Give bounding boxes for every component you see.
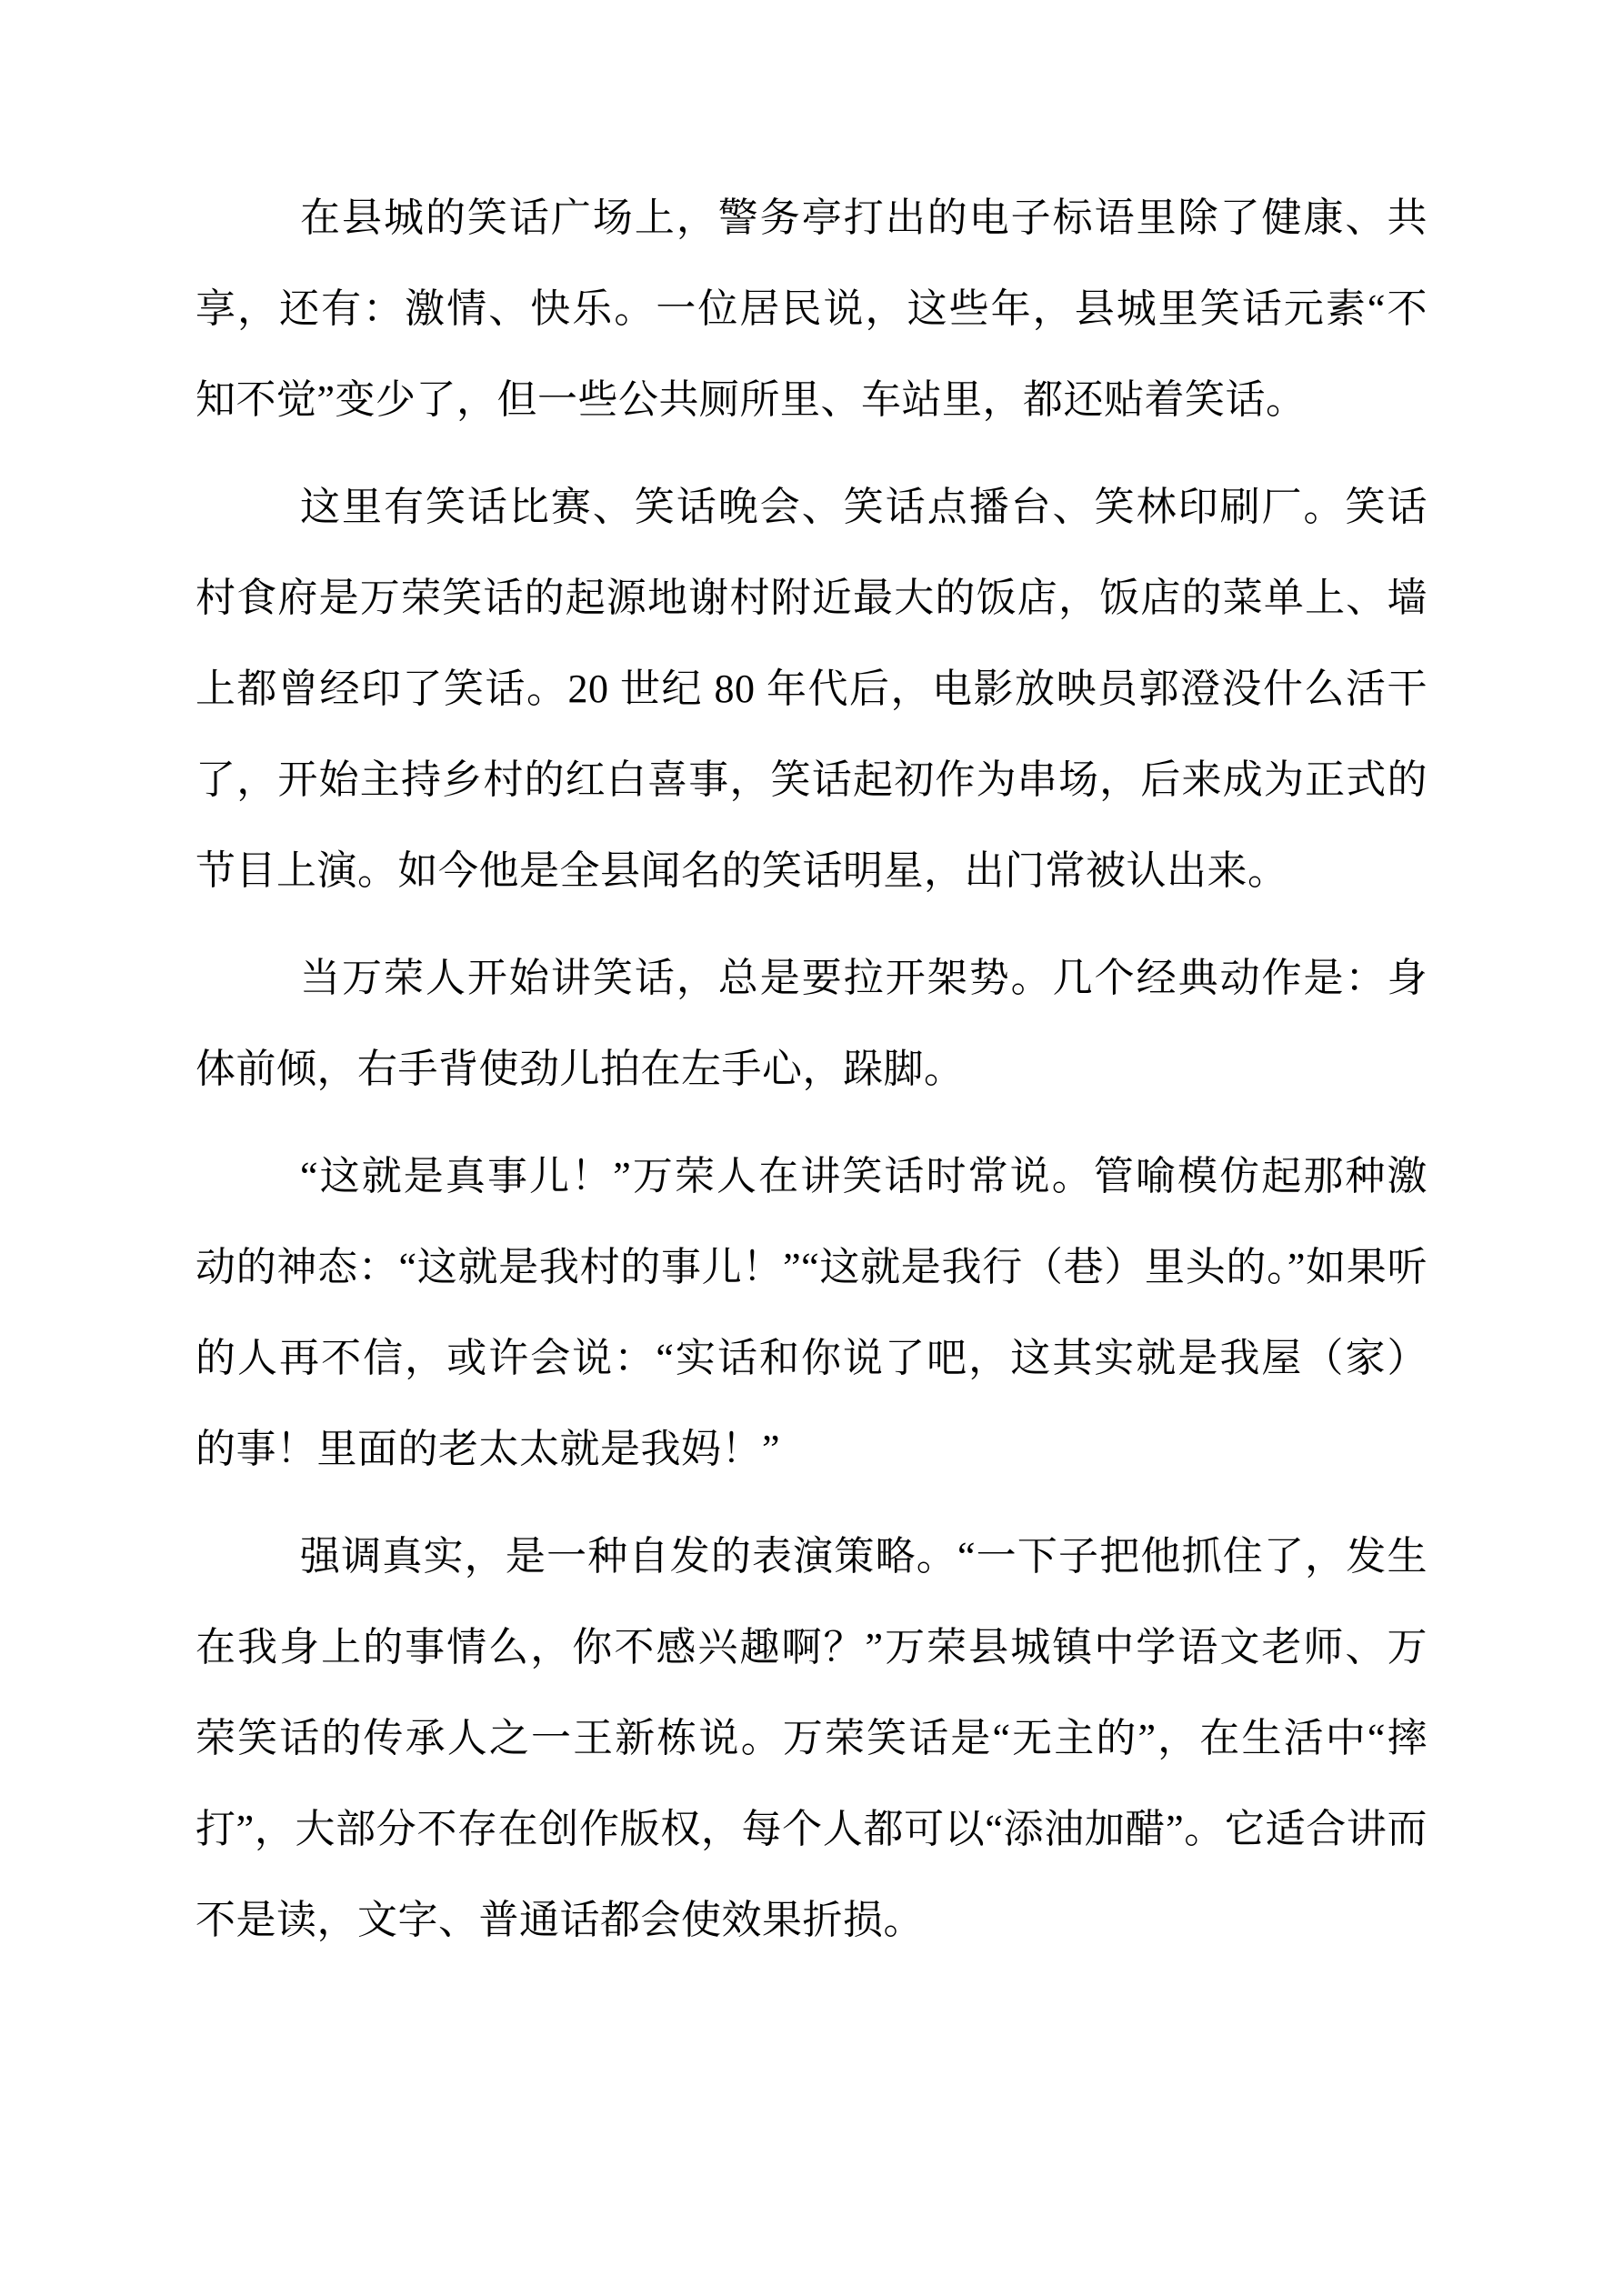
paragraph-2: 这里有笑话比赛、笑话晚会、笑话点播台、笑林印刷厂。笑话村食府是万荣笑话的起源地谢… <box>195 462 1428 917</box>
paragraph-5: 强调真实，是一种自发的表演策略。“一下子把他抓住了，发生在我身上的事情么，你不感… <box>195 1511 1428 1966</box>
document-page: 在县城的笑话广场上，警务亭打出的电子标语里除了健康、共享，还有：激情、快乐。一位… <box>0 0 1623 2296</box>
paragraph-4: “这就是真事儿！”万荣人在讲笑话时常说。管喻模仿起那种激动的神态：“这就是我村的… <box>195 1131 1428 1495</box>
paragraph-3: 当万荣人开始讲笑话，总是要拉开架势。几个经典动作是：身体前倾，右手背使劲儿拍在左… <box>195 933 1428 1115</box>
paragraph-1: 在县城的笑话广场上，警务亭打出的电子标语里除了健康、共享，还有：激情、快乐。一位… <box>195 173 1428 446</box>
text-body: 在县城的笑话广场上，警务亭打出的电子标语里除了健康、共享，还有：激情、快乐。一位… <box>195 173 1428 1982</box>
